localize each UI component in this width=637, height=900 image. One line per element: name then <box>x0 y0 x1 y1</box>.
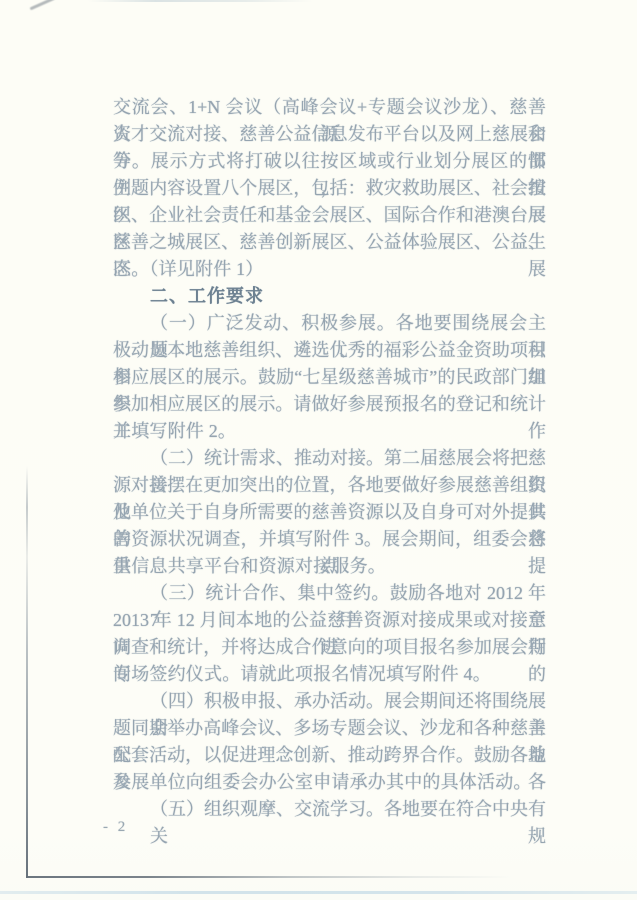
text-line: 人才交流对接、慈善公益信息发布平台以及网上慈展会等部 <box>113 121 546 148</box>
page-number: - 2 <box>103 819 128 836</box>
scan-page-edge-vertical <box>26 466 28 878</box>
text-line: 交流会、1+N 会议（高峰会议+专题会议沙龙）、慈善资源和 <box>113 94 546 121</box>
text-line: 调查和统计，并将达成合作意向的项目报名参加展会期间的 <box>113 634 546 661</box>
text-line: 极动员本地慈善组织、遴选优秀的福彩公益金资助项目参加 <box>113 337 546 364</box>
text-line: 区、企业社会责任和基金会展区、国际合作和港澳台展区、 <box>113 202 546 229</box>
scan-top-streak <box>88 0 313 2</box>
text-line: 专场签约仪式。请就此项报名情况填写附件 4。 <box>113 661 546 688</box>
scan-page-edge-horizontal <box>26 876 512 878</box>
text-line: 题同期举办高峰会议、多场专题会议、沙龙和各种慈善公益 <box>113 715 546 742</box>
text-line: 源对接摆在更加突出的位置，各地要做好参展慈善组织及其 <box>113 472 546 499</box>
text-line: （四）积极申报、承办活动。展会期间还将围绕展会主 <box>113 688 546 715</box>
text-line: 分。展示方式将打破以往按区域或行业划分展区的惯例，按 <box>113 148 546 175</box>
text-line: 参加相应展区的展示。请做好参展预报名的登记和统计工作 <box>113 391 546 418</box>
text-line: 善资源状况调查，并填写附件 3。展会期间，组委会将重点提 <box>113 526 546 553</box>
text-line: 相应展区的展示。鼓励“七星级慈善城市”的民政部门组织 <box>113 364 546 391</box>
text-line: 2013 年 12 月间本地的公益慈善资源对接成果或对接意向进行 <box>113 607 546 634</box>
text-line: 配套活动，以促进理念创新、推动跨界合作。鼓励各地及各 <box>113 742 546 769</box>
scan-bottom-streak <box>0 891 637 894</box>
text-line: （五）组织观摩、交流学习。各地要在符合中央有关规 <box>113 796 546 823</box>
text-block: 交流会、1+N 会议（高峰会议+专题会议沙龙）、慈善资源和人才交流对接、慈善公益… <box>113 94 546 823</box>
text-line: （三）统计合作、集中签约。鼓励各地对 2012 年 7 月至 <box>113 580 546 607</box>
text-line: 参展单位向组委会办公室申请承办其中的具体活动。 <box>113 769 546 796</box>
text-line: （二）统计需求、推动对接。第二届慈展会将把慈善资 <box>113 445 546 472</box>
section-heading: 二、工作要求 <box>113 283 546 310</box>
scan-corner-mark <box>30 0 56 10</box>
text-line: 主题内容设置八个展区，包括：救灾救助展区、社会组织展 <box>113 175 546 202</box>
text-line: 慈善之城展区、慈善创新展区、公益体验展区、公益生态展 <box>113 229 546 256</box>
text-line: 他单位关于自身所需要的慈善资源以及自身可对外提供的慈 <box>113 499 546 526</box>
scanned-document-page: 交流会、1+N 会议（高峰会议+专题会议沙龙）、慈善资源和人才交流对接、慈善公益… <box>0 0 637 900</box>
text-line: （一）广泛发动、积极参展。各地要围绕展会主题、积 <box>113 310 546 337</box>
